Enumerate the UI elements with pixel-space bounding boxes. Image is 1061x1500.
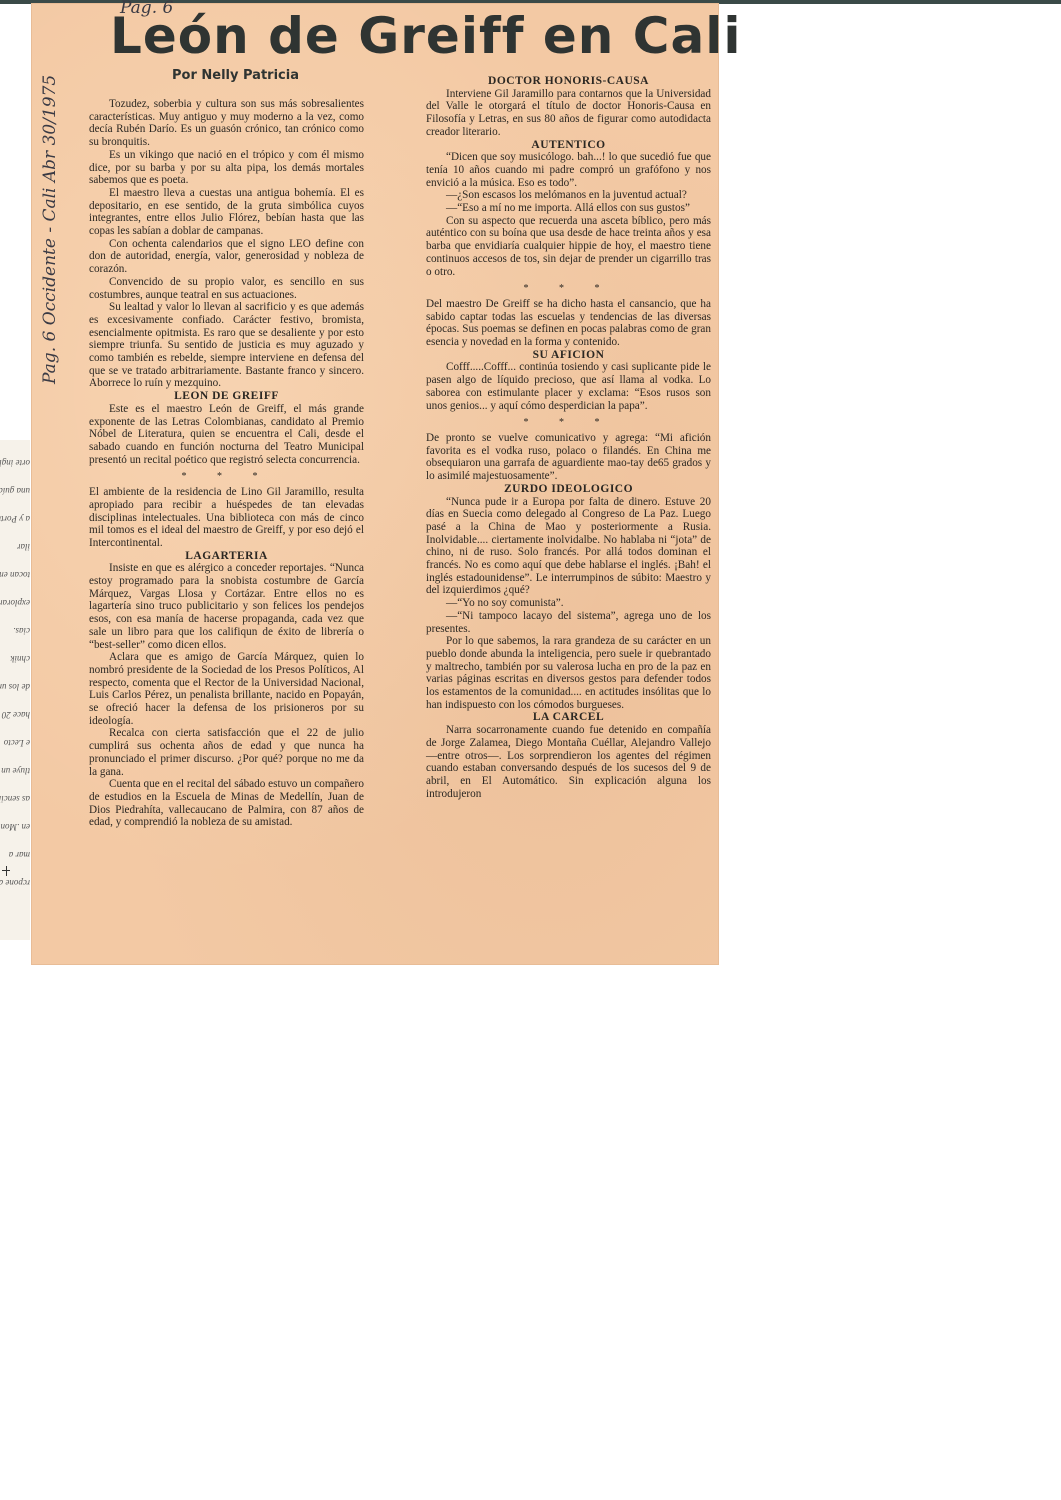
adjacent-page-bleed: orte inglés una guía a y Portug ilar toc… <box>0 440 30 940</box>
bleed-text: e Lecto <box>0 738 30 748</box>
bleed-text: cias. <box>0 626 30 636</box>
bleed-text: tocan en <box>0 570 30 580</box>
paragraph: Con su aspecto que recuerda una asceta b… <box>426 215 711 279</box>
section-separator: * * * <box>426 417 711 430</box>
section-heading: AUTENTICO <box>426 139 711 152</box>
bleed-text: explorando <box>0 598 30 608</box>
paragraph: Recalca con cierta satisfacción que el 2… <box>89 727 364 778</box>
bleed-text: de los uro <box>0 682 30 692</box>
paragraph: Interviene Gil Jaramillo para contarnos … <box>426 88 711 139</box>
margin-mark <box>6 866 7 876</box>
section-separator: * * * <box>89 471 364 484</box>
paragraph: De pronto se vuelve comunicativo y agreg… <box>426 432 711 483</box>
paragraph: El ambiente de la residencia de Lino Gil… <box>89 486 364 550</box>
section-heading: DOCTOR HONORIS-CAUSA <box>426 75 711 88</box>
paragraph: “Nunca pude ir a Europa por falta de din… <box>426 496 711 598</box>
section-heading: LA CARCEL <box>426 711 711 724</box>
bleed-text: ilar <box>0 542 30 552</box>
paragraph: Con ochenta calendarios que el signo LEO… <box>89 238 364 276</box>
paragraph: —“Eso a mí no me importa. Allá ellos con… <box>426 202 711 215</box>
section-heading: ZURDO IDEOLOGICO <box>426 483 711 496</box>
right-column: DOCTOR HONORIS-CAUSAInterviene Gil Jaram… <box>426 75 711 800</box>
paragraph: Tozudez, soberbia y cultura son sus más … <box>89 98 364 149</box>
paragraph: Por lo que sabemos, la rara grandeza de … <box>426 635 711 711</box>
bleed-text: hace 20 <box>0 710 30 720</box>
section-separator: * * * <box>426 283 711 296</box>
bleed-text: as sencill <box>0 794 30 804</box>
bleed-text: a y Portug <box>0 514 30 524</box>
paragraph: Este es el maestro León de Greiff, el má… <box>89 403 364 467</box>
paragraph: El maestro lleva a cuestas una antigua b… <box>89 187 364 238</box>
paragraph: Cofff.....Cofff... continúa tosiendo y c… <box>426 361 711 412</box>
bleed-text: chnik <box>0 654 30 664</box>
paragraph: Cuenta que en el recital del sábado estu… <box>89 778 364 829</box>
paragraph: —“Ni tampoco lacayo del sistema”, agrega… <box>426 610 711 635</box>
bleed-text: una guía <box>0 486 30 496</box>
bleed-text: orte inglés <box>0 458 30 468</box>
paragraph: Aclara que es amigo de García Márquez, q… <box>89 651 364 727</box>
paragraph: Narra socarronamente cuando fue detenido… <box>426 724 711 800</box>
bleed-text: mar a <box>0 850 30 860</box>
paragraph: Es un vikingo que nació en el trópico y … <box>89 149 364 187</box>
paragraph: Su lealtad y valor lo llevan al sacrific… <box>89 301 364 390</box>
paragraph: Del maestro De Greiff se ha dicho hasta … <box>426 298 711 349</box>
paragraph: —“Yo no soy comunista”. <box>426 597 711 610</box>
section-heading: LAGARTERIA <box>89 550 364 563</box>
paragraph: Insiste en que es alérgico a conceder re… <box>89 562 364 651</box>
paragraph: —¿Son escasos los melómanos en la juvent… <box>426 189 711 202</box>
section-heading: LEON DE GREIFF <box>89 390 364 403</box>
left-column: Tozudez, soberbia y cultura son sus más … <box>89 98 364 829</box>
headline: León de Greiff en Cali <box>110 6 720 66</box>
paragraph: Convencido de su propio valor, es sencil… <box>89 276 364 301</box>
section-heading: SU AFICION <box>426 349 711 362</box>
newspaper-clipping: Pag. 6 Pag. 6 Occidente - Cali Abr 30/19… <box>32 4 718 964</box>
bleed-text: rcpone de <box>0 878 30 888</box>
byline: Por Nelly Patricia <box>172 68 299 83</box>
bleed-text: en .Mon <box>0 822 30 832</box>
bleed-text: tluye un <box>0 766 30 776</box>
paragraph: “Dicen que soy musicólogo. bah...! lo qu… <box>426 151 711 189</box>
handwritten-source-note: Pag. 6 Occidente - Cali Abr 30/1975 <box>40 75 60 384</box>
